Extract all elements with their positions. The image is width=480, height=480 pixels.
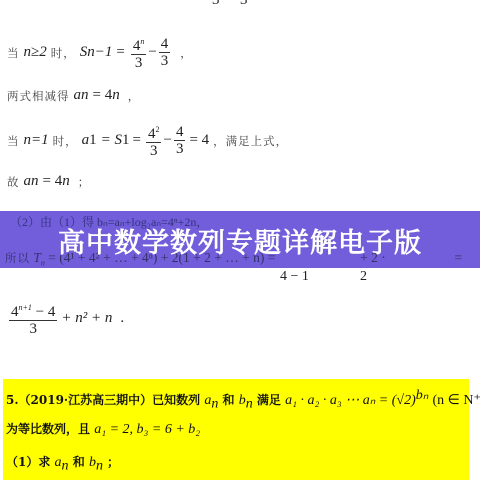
var-a-sub: n (81, 87, 89, 104)
var-s-sub: n−1 (87, 44, 112, 61)
condition: n=1 (24, 132, 49, 149)
equals-4: = 4 (43, 173, 63, 190)
sub: n (246, 396, 253, 411)
line-n-eq-1: 当 n=1 时， a1 = S1 = 42 3 − 4 3 = 4 ，满足上式， (7, 122, 288, 159)
punct: ； (78, 174, 91, 190)
label-subtract: 两式相减得 (7, 88, 70, 104)
line-conclusion: 故 an = 4n ； (7, 173, 90, 190)
punct: ， (180, 45, 193, 61)
label-when: 当 (7, 133, 20, 149)
denominator-2: 2 (360, 269, 367, 285)
fraction-1: 4n 3 (131, 34, 147, 71)
var-a-sub: n (31, 173, 39, 190)
minus: − (163, 132, 171, 149)
equals-4: = 4 (93, 87, 113, 104)
fraction-2: 4 3 (174, 124, 186, 157)
seq-b: b (239, 393, 246, 408)
result: = 4 (189, 132, 209, 149)
text: 满足 (257, 393, 281, 407)
seq-a: a (55, 455, 62, 470)
part-label: （1）求 (6, 455, 50, 469)
line-n-ge-2: 当 n≥2 时， Sn−1 = 4n 3 − 4 3 ， (7, 34, 193, 71)
partial-denominator-2: 3 (240, 0, 248, 9)
problem-number: 5. (6, 393, 19, 407)
result-fraction: 4n+1 − 4 3 (9, 300, 57, 337)
exponent: n (62, 173, 70, 190)
sub: 1 (89, 132, 97, 149)
result-tail: + n² + n (61, 310, 112, 327)
exponent: bₙ (416, 388, 429, 403)
problem-source: （2019·江苏高三期中） (19, 393, 153, 407)
top-partial-line: 3 3 (0, 0, 480, 12)
var-a: a (74, 87, 82, 104)
fraction-1: 42 3 (146, 122, 162, 159)
problem-part-1: （1）求 an 和 bn ； (6, 453, 119, 474)
domain: (n ∈ N⁺). (433, 393, 480, 408)
problem-box: 5.（2019·江苏高三期中）已知数列 an 和 bn 满足 a₁ · a₂ ·… (3, 379, 469, 480)
denominator-1: 4 − 1 (280, 269, 309, 285)
exponent: n (112, 87, 120, 104)
problem-line-1: 5.（2019·江苏高三期中）已知数列 an 和 bn 满足 a₁ · a₂ ·… (6, 387, 480, 412)
equals: = (116, 44, 124, 61)
label-therefore: 故 (7, 174, 20, 190)
text: 为等比数列，且 (6, 422, 90, 436)
punct: . (120, 310, 124, 327)
sub: n (211, 396, 218, 411)
punct: ， (128, 88, 141, 104)
label-time: 时， (51, 45, 76, 61)
problem-line-2: 为等比数列，且 a₁ = 2, b₃ = 6 + b₂ (6, 420, 200, 438)
fraction-2: 4 3 (159, 36, 171, 69)
banner-title: 高中数学数列专题详解电子版 (0, 221, 480, 260)
var-a: a (24, 173, 32, 190)
sub: n (96, 458, 103, 473)
minus: − (148, 44, 156, 61)
sub: n (62, 458, 69, 473)
partial-denominator-1: 3 (212, 0, 220, 9)
sub: 1 (122, 132, 130, 149)
line-result: 4n+1 − 4 3 + n² + n . (7, 300, 124, 337)
punct: ； (107, 455, 119, 469)
seq-b: b (89, 455, 96, 470)
text: 和 (223, 393, 235, 407)
condition-expression: a₁ = 2, b₃ = 6 + b₂ (94, 422, 200, 437)
text: 和 (73, 455, 85, 469)
var-a1: a (82, 132, 90, 149)
text: 已知数列 (152, 393, 200, 407)
equals-s1: = S (101, 132, 122, 149)
label-time: 时， (53, 133, 78, 149)
equals: = (133, 132, 141, 149)
line-subtract: 两式相减得 an = 4n ， (7, 87, 140, 104)
product-expression: a₁ · a₂ · a₃ ⋯ aₙ = (√2) (285, 393, 416, 408)
label-when: 当 (7, 45, 20, 61)
tail-text: ，满足上式， (213, 133, 288, 149)
condition: n≥2 (24, 44, 47, 61)
var-t-sub: n (41, 259, 45, 268)
var-s: S (80, 44, 88, 61)
